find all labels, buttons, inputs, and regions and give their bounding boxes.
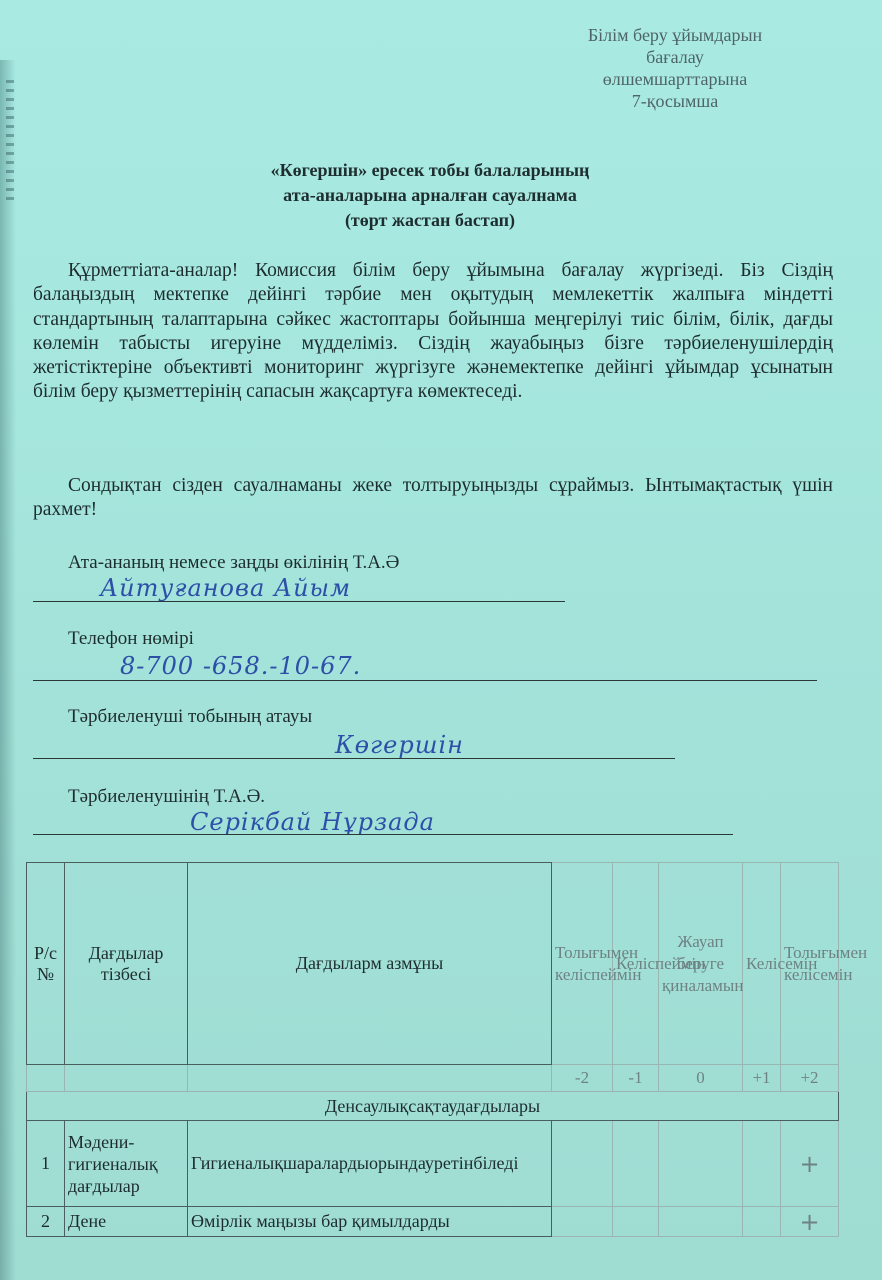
group-name-value[interactable]: Көгершін xyxy=(335,731,464,759)
group-name-label: Тәрбиеленуші тобының атауы xyxy=(68,706,312,728)
rating-value: -1 xyxy=(613,1065,659,1092)
table-row: 1 Мәдени-гигиеналық дағдылар Гигиеналықш… xyxy=(27,1121,839,1207)
rating-value: 0 xyxy=(659,1065,743,1092)
intro-paragraph: Құрметтіата-аналар! Комиссия білім беру … xyxy=(33,259,833,405)
appendix-line: бағалау xyxy=(540,46,810,68)
rating-value: +1 xyxy=(743,1065,781,1092)
closing-text: Сондықтан сізден сауалнаманы жеке толтыр… xyxy=(33,475,833,520)
row-skill: Дене xyxy=(65,1207,188,1237)
rating-cell[interactable] xyxy=(659,1121,743,1207)
row-content: Өмірлік маңызы бар қимылдарды xyxy=(188,1207,552,1237)
header-rating-strongly-agree: Толығымен келісемін xyxy=(781,863,839,1065)
title-line: ата-аналарына арналған сауалнама xyxy=(170,183,690,208)
phone-line xyxy=(33,680,817,681)
intro-text: Құрметтіата-аналар! Комиссия білім беру … xyxy=(33,260,833,402)
phone-label: Телефон нөмірі xyxy=(68,628,194,650)
rating-cell[interactable] xyxy=(613,1207,659,1237)
rating-cell-checked[interactable]: + xyxy=(781,1207,839,1237)
row-number: 1 xyxy=(27,1121,65,1207)
table-header-row: Р/с № Дағдылар тізбесі Дағдыларм азмұны … xyxy=(27,863,839,1065)
child-name-label: Тәрбиеленушінің Т.А.Ә. xyxy=(68,786,265,808)
header-rating-strongly-disagree: Толығымен келіспеймін xyxy=(552,863,613,1065)
appendix-line: Білім беру ұйымдарын xyxy=(540,24,810,46)
row-number: 2 xyxy=(27,1207,65,1237)
skills-table: Р/с № Дағдылар тізбесі Дағдыларм азмұны … xyxy=(26,862,839,1237)
row-skill: Мәдени-гигиеналық дағдылар xyxy=(65,1121,188,1207)
child-name-line xyxy=(33,834,733,835)
page-edge-shadow xyxy=(0,60,16,1280)
parent-name-value[interactable]: Айтуғанова Айым xyxy=(100,574,351,602)
header-number: Р/с № xyxy=(27,863,65,1065)
group-name-line xyxy=(33,758,675,759)
document-title: «Көгершін» ересек тобы балаларының ата-а… xyxy=(170,158,690,233)
header-skill-list: Дағдылар тізбесі xyxy=(65,863,188,1065)
rating-cell[interactable] xyxy=(743,1121,781,1207)
rating-value: +2 xyxy=(781,1065,839,1092)
rating-cell[interactable] xyxy=(552,1121,613,1207)
table-row: 2 Дене Өмірлік маңызы бар қимылдарды + xyxy=(27,1207,839,1237)
appendix-line: өлшемшарттарына xyxy=(540,68,810,90)
parent-name-line xyxy=(33,601,565,602)
rating-cell[interactable] xyxy=(613,1121,659,1207)
rating-cell[interactable] xyxy=(743,1207,781,1237)
child-name-value[interactable]: Серікбай Нұрзада xyxy=(190,808,435,836)
rating-cell[interactable] xyxy=(659,1207,743,1237)
section-row: Денсаулықсақтаудағдылары xyxy=(27,1092,839,1121)
section-title: Денсаулықсақтаудағдылары xyxy=(27,1092,839,1121)
rating-cell[interactable] xyxy=(552,1207,613,1237)
header-rating-disagree: Келіспеймін xyxy=(613,863,659,1065)
parent-name-label: Ата-ананың немесе заңды өкілінің Т.А.Ә xyxy=(68,552,399,574)
phone-value[interactable]: 8-700 -658.-10-67. xyxy=(120,652,361,680)
appendix-note: Білім беру ұйымдарын бағалау өлшемшартта… xyxy=(540,24,810,112)
closing-paragraph: Сондықтан сізден сауалнаманы жеке толтыр… xyxy=(33,474,833,523)
row-content: Гигиеналықшаралардыорындауретінбіледі xyxy=(188,1121,552,1207)
title-line: (төрт жастан бастап) xyxy=(170,208,690,233)
rating-cell-checked[interactable]: + xyxy=(781,1121,839,1207)
rating-value: -2 xyxy=(552,1065,613,1092)
rating-values-row: -2 -1 0 +1 +2 xyxy=(27,1065,839,1092)
header-skill-content: Дағдыларм азмұны xyxy=(188,863,552,1065)
header-rating-agree: Келісемін xyxy=(743,863,781,1065)
title-line: «Көгершін» ересек тобы балаларының xyxy=(170,158,690,183)
appendix-line: 7-қосымша xyxy=(540,90,810,112)
binding-marks xyxy=(6,80,14,200)
